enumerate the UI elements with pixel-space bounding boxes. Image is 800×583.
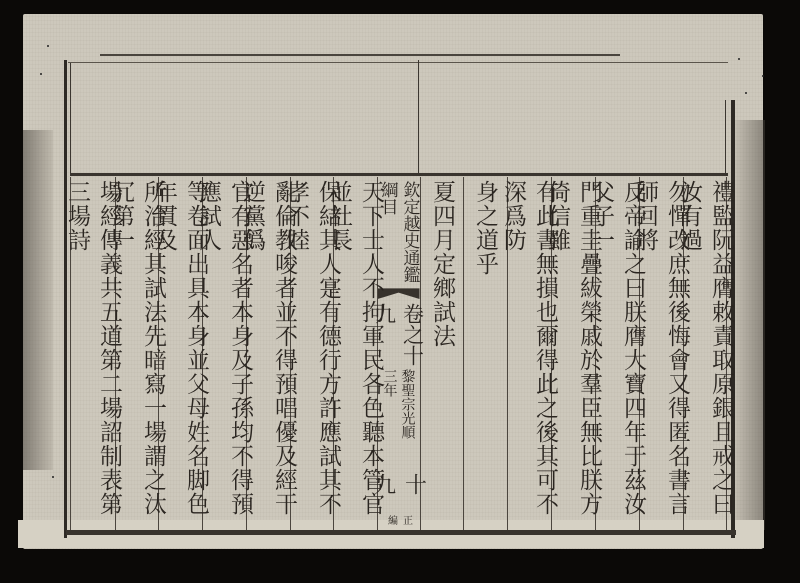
frame-border-bottom — [66, 530, 736, 535]
header-box-center-line — [418, 60, 419, 173]
text-column-14: 場經傳義共五道第二場詔制表第三場詩 — [72, 180, 114, 528]
ink-speck — [762, 75, 764, 77]
section-label: 正編 — [384, 515, 414, 530]
paper-edge-shadow-right — [735, 120, 765, 530]
header-box-right — [725, 100, 726, 173]
text-column-6: 身之道乎 — [464, 180, 506, 528]
column-text: 身之道乎 — [469, 180, 501, 276]
header-box-top — [68, 62, 728, 63]
paper-edge-shadow-left — [23, 130, 53, 470]
top-rule — [100, 54, 620, 56]
header-box-left — [70, 63, 71, 173]
ink-speck — [40, 73, 42, 75]
ink-speck — [47, 45, 49, 47]
ink-speck — [52, 476, 54, 478]
column-text: 有此書無損也爾得此之後其可不深爲防 — [497, 180, 561, 528]
ink-speck — [738, 58, 740, 60]
header-divider — [70, 173, 728, 176]
column-text: 場經傳義共五道第二場詔制表第三場詩 — [61, 180, 125, 528]
text-column-5: 有此書無損也爾得此之後其可不深爲防 — [508, 180, 550, 528]
ink-speck — [745, 92, 747, 94]
entry-heading: 夏四月定鄉試法 — [426, 180, 458, 348]
